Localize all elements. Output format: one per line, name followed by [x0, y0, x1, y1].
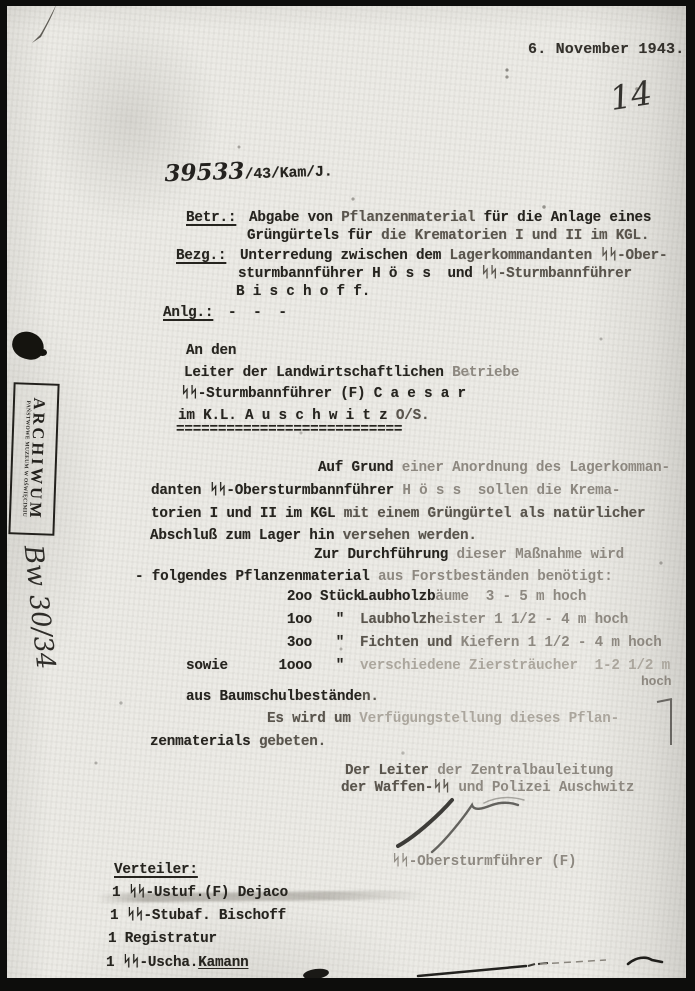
sender-title-line-1: Der Leiter der Zentralbauleitung	[345, 764, 613, 780]
distribution-item-kamann: 1 ᛋᛋ-Uscha.Kamann	[106, 956, 248, 972]
paper-speckles	[0, 0, 2, 2]
date-text: 6. November 1943.	[528, 42, 684, 59]
plant-row-2-unit: "	[320, 613, 360, 629]
recipient-line-1: An den	[186, 344, 236, 360]
regarding-line-3: B i s c h o f f.	[236, 285, 370, 301]
plant-row-4-unit: "	[320, 659, 360, 675]
archive-stamp-border: ARCHIWUM PAŃSTWOWE MUZEUM W OŚWIĘCIMIU	[8, 382, 59, 536]
bottom-smudge-marks	[288, 954, 688, 982]
body-paragraph2-line-1: Zur Durchführung dieser Maßnahme wird	[314, 548, 624, 564]
plant-row-3-unit: "	[320, 636, 360, 652]
museum-archive-stamp: ARCHIWUM PAŃSTWOWE MUZEUM W OŚWIĘCIMIU	[10, 383, 58, 535]
reference-number: 39533/43/Kam/J.	[125, 136, 334, 206]
subject-line-2: Grüngürtels für die Krematorien I und II…	[247, 229, 649, 245]
reference-typed-part: /43/Kam/J.	[244, 163, 333, 183]
plant-row-1-unit: Stück	[320, 590, 360, 606]
enclosure-value: - - -	[228, 306, 291, 322]
address-separator: ===========================	[176, 423, 402, 439]
plant-row-4-description-continuation: hoch	[641, 675, 671, 689]
request-line-2: zenmaterials gebeten.	[150, 735, 326, 751]
distribution-item-registratur: 1 Registratur	[108, 932, 217, 948]
list-closing-line: aus Baumschulbeständen.	[186, 690, 379, 706]
subject-line-1: Abgabe von Pflanzenmaterial für die Anla…	[249, 211, 651, 227]
enclosure-label: Anlg.:	[163, 306, 213, 322]
distribution-item-dejaco: 1 ᛋᛋ-Ustuf.(F) Dejaco	[112, 886, 288, 902]
plant-row-2-description: Laubholzheister 1 1/2 - 4 m hoch	[360, 613, 628, 629]
right-margin-mark	[654, 696, 676, 748]
plant-row-3-description: Fichten und Kiefern 1 1/2 - 4 m hoch	[360, 636, 662, 652]
body-paragraph1-line-4: Abschluß zum Lager hin versehen werden.	[150, 529, 477, 545]
regarding-line-1: Unterredung zwischen dem Lagerkommandant…	[240, 249, 667, 265]
ink-blob	[9, 329, 47, 363]
body-paragraph2-line-2: - folgendes Pflanzenmaterial aus Forstbe…	[135, 570, 613, 586]
plant-row-3-quantity: 3oo	[222, 636, 312, 652]
subject-label: Betr.:	[186, 211, 236, 227]
plant-row-2-quantity: 1oo	[222, 613, 312, 629]
body-paragraph1-line-3: torien I und II im KGL mit einem Grüngür…	[151, 507, 645, 523]
ink-blob-small	[38, 349, 47, 356]
regarding-label: Bezg.:	[176, 249, 226, 265]
plant-row-1-quantity: 2oo	[222, 590, 312, 606]
body-paragraph1-line-2: danten ᛋᛋ-Obersturmbannführer H ö s s so…	[151, 484, 620, 500]
distribution-item-bischoff: 1 ᛋᛋ-Stubaf. Bischoff	[110, 909, 286, 925]
page-number-handwritten: 14	[607, 75, 654, 117]
request-line-1: Es wird um Verfügungstellung dieses Pfla…	[267, 712, 619, 728]
body-paragraph1-line-1: Auf Grund einer Anordnung des Lagerkomma…	[318, 461, 670, 477]
recipient-line-2: Leiter der Landwirtschaftlichen Betriebe	[184, 366, 519, 382]
signature-scribble	[388, 796, 568, 858]
regarding-line-2: sturmbannführer H ö s s und ᛋᛋ-Sturmbann…	[238, 267, 632, 283]
plant-row-4-quantity: 1ooo	[222, 659, 312, 675]
reference-handwritten-part: 39533	[164, 157, 245, 187]
archive-file-reference: Bw 30/34	[0, 542, 64, 674]
plant-row-1-description: Laubholzbäume 3 - 5 m hoch	[360, 590, 586, 606]
distribution-label: Verteiler:	[114, 863, 198, 879]
scanned-document-page: 6. November 1943. 14 39533/43/Kam/J. Bet…	[0, 0, 695, 991]
sender-title-line-2: der Waffen-ᛋᛋ und Polizei Auschwitz	[341, 781, 634, 797]
corner-tick-mark	[26, 2, 60, 46]
plant-row-4-description: verschiedene Ziersträucher 1-2 1/2 m	[360, 659, 670, 675]
recipient-line-3: ᛋᛋ-Sturmbannführer (F) C a e s a r	[181, 387, 466, 403]
